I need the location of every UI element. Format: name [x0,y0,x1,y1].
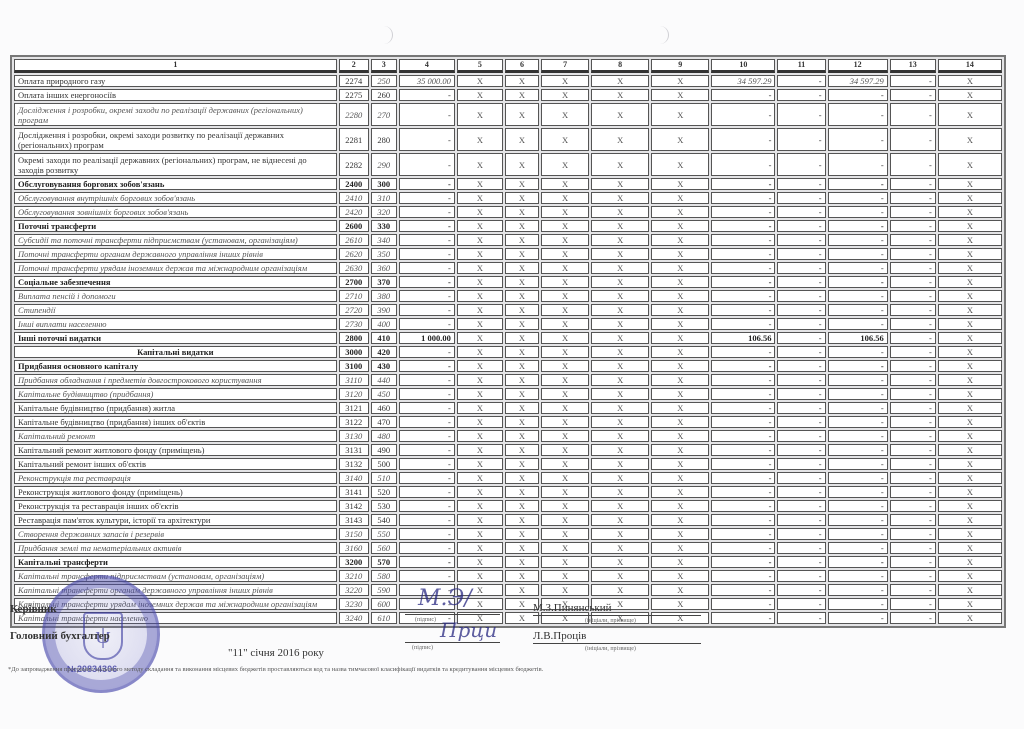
col12-value: - [828,542,888,554]
col9-x-mark: X [651,346,709,358]
col13-value: - [890,374,936,386]
col6-x-mark: X [505,486,539,498]
col13-value: - [890,103,936,126]
col12-value: - [828,89,888,101]
row-line-number: 290 [371,153,397,176]
table-row: Соціальне забезпечення2700370-XXXXX----X [14,276,1002,288]
col11-value: - [777,388,825,400]
row-name: Капітальні видатки [14,346,337,358]
table-row: Придбання обладнання і предметів довгост… [14,374,1002,386]
col6-x-mark: X [505,528,539,540]
row-line-number: 490 [371,444,397,456]
col4-value: - [399,430,455,442]
table-row: Поточні трансферти2600330-XXXXX----X [14,220,1002,232]
table-row: Оплата природного газу227425035 000.00XX… [14,75,1002,87]
row-code: 2700 [339,276,369,288]
col14-x-mark: X [938,89,1002,101]
col7-x-mark: X [541,472,589,484]
col5-x-mark: X [457,276,503,288]
col13-value: - [890,192,936,204]
col11-value: - [777,500,825,512]
col11-value: - [777,444,825,456]
table-row: Оплата інших енергоносіїв2275260-XXXXX--… [14,89,1002,101]
head-signature-line [405,614,500,615]
col8-x-mark: X [591,444,649,456]
col12-value: - [828,570,888,582]
col11-value: - [777,103,825,126]
col9-x-mark: X [651,458,709,470]
header-cell: 11 [777,59,825,73]
table-row: Придбання основного капіталу3100430-XXXX… [14,360,1002,372]
col4-value: - [399,220,455,232]
row-code: 3131 [339,444,369,456]
col4-value: - [399,388,455,400]
col5-x-mark: X [457,472,503,484]
col9-x-mark: X [651,75,709,87]
col13-value: - [890,486,936,498]
col13-value: - [890,248,936,260]
col8-x-mark: X [591,206,649,218]
col6-x-mark: X [505,402,539,414]
col6-x-mark: X [505,290,539,302]
col10-value: - [711,486,775,498]
col7-x-mark: X [541,276,589,288]
col13-value: - [890,153,936,176]
col5-x-mark: X [457,444,503,456]
col4-value: - [399,486,455,498]
col12-value: - [828,416,888,428]
col7-x-mark: X [541,153,589,176]
col10-value: - [711,388,775,400]
row-code: 3120 [339,388,369,400]
col8-x-mark: X [591,360,649,372]
col11-value: - [777,276,825,288]
col5-x-mark: X [457,206,503,218]
expenditure-report-table: 1 2 3 4 5 6 7 8 9 10 11 12 13 14 Оплата … [10,55,1006,628]
col4-value: - [399,472,455,484]
col11-value: - [777,290,825,302]
col9-x-mark: X [651,500,709,512]
col11-value: - [777,402,825,414]
col7-x-mark: X [541,318,589,330]
footnote: *До запровадження програмно-цільового ме… [8,666,543,673]
accountant-name: Л.В.Проців [533,630,586,642]
row-name: Поточні трансферти [14,220,337,232]
col9-x-mark: X [651,206,709,218]
row-line-number: 440 [371,374,397,386]
col8-x-mark: X [591,416,649,428]
col9-x-mark: X [651,318,709,330]
col13-value: - [890,584,936,596]
col10-value: - [711,528,775,540]
row-name: Капітальне будівництво (придбання) житла [14,402,337,414]
col5-x-mark: X [457,290,503,302]
head-signature-caption: (підпис) [415,617,436,623]
row-line-number: 500 [371,458,397,470]
row-code: 3141 [339,486,369,498]
col5-x-mark: X [457,528,503,540]
col9-x-mark: X [651,556,709,568]
col14-x-mark: X [938,304,1002,316]
row-name: Реконструкція та реставрація інших об'єк… [14,500,337,512]
col5-x-mark: X [457,486,503,498]
col12-value: - [828,290,888,302]
col12-value: - [828,402,888,414]
col14-x-mark: X [938,528,1002,540]
col4-value: - [399,542,455,554]
row-code: 3000 [339,346,369,358]
col5-x-mark: X [457,402,503,414]
col12-value: 34 597.29 [828,75,888,87]
col11-value: - [777,486,825,498]
punch-hole-mark [382,26,393,44]
row-code: 3100 [339,360,369,372]
col7-x-mark: X [541,178,589,190]
col6-x-mark: X [505,584,539,596]
col9-x-mark: X [651,248,709,260]
table-row: Придбання землі та нематеріальних активі… [14,542,1002,554]
head-name-caption: (ініціали, прізвище) [585,618,636,624]
table-row: Інші виплати населенню2730400-XXXXX----X [14,318,1002,330]
col11-value: - [777,248,825,260]
col8-x-mark: X [591,500,649,512]
col9-x-mark: X [651,444,709,456]
col10-value: 34 597.29 [711,75,775,87]
table-row: Капітальний ремонт інших об'єктів3132500… [14,458,1002,470]
col10-value: - [711,374,775,386]
table-row: Створення державних запасів і резервів31… [14,528,1002,540]
row-code: 3150 [339,528,369,540]
col5-x-mark: X [457,514,503,526]
row-code: 2720 [339,304,369,316]
row-line-number: 380 [371,290,397,302]
row-line-number: 430 [371,360,397,372]
col6-x-mark: X [505,542,539,554]
col9-x-mark: X [651,192,709,204]
col6-x-mark: X [505,318,539,330]
col8-x-mark: X [591,528,649,540]
col13-value: - [890,556,936,568]
accountant-label: Головний бухгалтер [10,630,110,642]
col4-value: - [399,178,455,190]
col14-x-mark: X [938,276,1002,288]
col6-x-mark: X [505,458,539,470]
col8-x-mark: X [591,346,649,358]
row-name: Обслуговування зовнішніх боргових зобов'… [14,206,337,218]
row-line-number: 460 [371,402,397,414]
col11-value: - [777,178,825,190]
col10-value: - [711,103,775,126]
col6-x-mark: X [505,276,539,288]
col11-value: - [777,346,825,358]
col14-x-mark: X [938,248,1002,260]
col8-x-mark: X [591,430,649,442]
col8-x-mark: X [591,248,649,260]
col10-value: - [711,472,775,484]
col12-value: - [828,103,888,126]
col10-value: - [711,346,775,358]
col6-x-mark: X [505,556,539,568]
col6-x-mark: X [505,75,539,87]
col14-x-mark: X [938,178,1002,190]
row-name: Створення державних запасів і резервів [14,528,337,540]
col13-value: - [890,472,936,484]
col7-x-mark: X [541,570,589,582]
col4-value: - [399,128,455,151]
col5-x-mark: X [457,248,503,260]
col12-value: - [828,248,888,260]
table-row: Капітальне будівництво (придбання) інших… [14,416,1002,428]
row-name: Субсидії та поточні трансферти підприємс… [14,234,337,246]
col10-value: - [711,360,775,372]
col11-value: - [777,192,825,204]
row-name: Капітальні трансферти підприємствам (уст… [14,570,337,582]
col13-value: - [890,128,936,151]
col13-value: - [890,570,936,582]
col11-value: - [777,234,825,246]
row-line-number: 580 [371,570,397,582]
col8-x-mark: X [591,514,649,526]
col13-value: - [890,304,936,316]
table-row: Реконструкція та реставрація3140510-XXXX… [14,472,1002,484]
col13-value: - [890,458,936,470]
header-cell: 1 [14,59,337,73]
table-row: Капітальні трансферти3200570-XXXXX----X [14,556,1002,568]
col10-value: - [711,276,775,288]
col14-x-mark: X [938,388,1002,400]
col8-x-mark: X [591,234,649,246]
col7-x-mark: X [541,346,589,358]
col14-x-mark: X [938,332,1002,344]
col9-x-mark: X [651,528,709,540]
row-line-number: 550 [371,528,397,540]
col6-x-mark: X [505,192,539,204]
table-row: Реконструкція житлового фонду (приміщень… [14,486,1002,498]
col12-value: - [828,472,888,484]
row-code: 3210 [339,570,369,582]
col7-x-mark: X [541,444,589,456]
col12-value: - [828,346,888,358]
row-line-number: 330 [371,220,397,232]
header-cell: 4 [399,59,455,73]
col7-x-mark: X [541,360,589,372]
accountant-signature-scribble: Прци [440,618,497,642]
col11-value: - [777,153,825,176]
col12-value: - [828,388,888,400]
row-line-number: 420 [371,346,397,358]
table-row: Капітальний ремонт житлового фонду (прим… [14,444,1002,456]
col11-value: - [777,472,825,484]
col13-value: - [890,360,936,372]
col4-value: - [399,374,455,386]
row-name: Капітальний ремонт житлового фонду (прим… [14,444,337,456]
col9-x-mark: X [651,290,709,302]
col7-x-mark: X [541,103,589,126]
row-code: 2610 [339,234,369,246]
col14-x-mark: X [938,360,1002,372]
col12-value: - [828,584,888,596]
col4-value: - [399,570,455,582]
col13-value: - [890,402,936,414]
col4-value: - [399,262,455,274]
row-name: Реконструкція житлового фонду (приміщень… [14,486,337,498]
col6-x-mark: X [505,178,539,190]
accountant-name-caption: (ініціали, прізвище) [585,646,636,652]
col6-x-mark: X [505,360,539,372]
row-name: Оплата інших енергоносіїв [14,89,337,101]
table-row: Субсидії та поточні трансферти підприємс… [14,234,1002,246]
col9-x-mark: X [651,486,709,498]
col4-value: - [399,346,455,358]
col11-value: - [777,318,825,330]
col10-value: - [711,584,775,596]
col7-x-mark: X [541,290,589,302]
col6-x-mark: X [505,206,539,218]
header-cell: 14 [938,59,1002,73]
col7-x-mark: X [541,514,589,526]
col7-x-mark: X [541,388,589,400]
row-line-number: 540 [371,514,397,526]
col10-value: - [711,128,775,151]
row-name: Стипендії [14,304,337,316]
header-cell: 13 [890,59,936,73]
row-name: Придбання обладнання і предметів довгост… [14,374,337,386]
header-cell: 8 [591,59,649,73]
row-name: Реставрація пам'яток культури, історії т… [14,514,337,526]
col4-value: - [399,402,455,414]
row-line-number: 390 [371,304,397,316]
col10-value: - [711,192,775,204]
row-code: 3160 [339,542,369,554]
col14-x-mark: X [938,374,1002,386]
col7-x-mark: X [541,500,589,512]
col6-x-mark: X [505,416,539,428]
row-line-number: 370 [371,276,397,288]
col8-x-mark: X [591,304,649,316]
row-code: 2600 [339,220,369,232]
header-cell: 7 [541,59,589,73]
col10-value: - [711,304,775,316]
col7-x-mark: X [541,430,589,442]
col10-value: - [711,416,775,428]
col7-x-mark: X [541,248,589,260]
col5-x-mark: X [457,220,503,232]
row-name: Капітальне будівництво (придбання) [14,388,337,400]
col10-value: - [711,153,775,176]
row-line-number: 280 [371,128,397,151]
col7-x-mark: X [541,262,589,274]
row-code: 3110 [339,374,369,386]
col13-value: - [890,542,936,554]
row-line-number: 590 [371,584,397,596]
col11-value: - [777,206,825,218]
table-row: Дослідження і розробки, окремі заходи ро… [14,128,1002,151]
row-name: Придбання основного капіталу [14,360,337,372]
col5-x-mark: X [457,318,503,330]
table-row: Капітальне будівництво (придбання) житла… [14,402,1002,414]
col11-value: - [777,528,825,540]
col4-value: - [399,290,455,302]
col4-value: 1 000.00 [399,332,455,344]
col10-value: - [711,89,775,101]
col4-value: - [399,192,455,204]
col11-value: - [777,556,825,568]
row-code: 3220 [339,584,369,596]
row-name: Обслуговування внутрішніх боргових зобов… [14,192,337,204]
col14-x-mark: X [938,346,1002,358]
col9-x-mark: X [651,153,709,176]
col14-x-mark: X [938,234,1002,246]
row-code: 3142 [339,500,369,512]
col11-value: - [777,514,825,526]
row-line-number: 300 [371,178,397,190]
col9-x-mark: X [651,416,709,428]
col5-x-mark: X [457,430,503,442]
col6-x-mark: X [505,153,539,176]
table-row: Капітальний ремонт3130480-XXXXX----X [14,430,1002,442]
row-code: 2420 [339,206,369,218]
col4-value: - [399,153,455,176]
row-line-number: 520 [371,486,397,498]
col6-x-mark: X [505,514,539,526]
col12-value: - [828,486,888,498]
row-code: 2280 [339,103,369,126]
col5-x-mark: X [457,458,503,470]
row-line-number: 360 [371,262,397,274]
table-row: Обслуговування внутрішніх боргових зобов… [14,192,1002,204]
col6-x-mark: X [505,332,539,344]
row-code: 3130 [339,430,369,442]
col13-value: - [890,514,936,526]
col11-value: - [777,458,825,470]
row-code: 2730 [339,318,369,330]
col6-x-mark: X [505,444,539,456]
col14-x-mark: X [938,262,1002,274]
col10-value: - [711,290,775,302]
row-line-number: 260 [371,89,397,101]
row-code: 3132 [339,458,369,470]
header-cell: 6 [505,59,539,73]
col12-value: - [828,128,888,151]
col12-value: - [828,304,888,316]
row-name: Поточні трансферти органам державного уп… [14,248,337,260]
col12-value: - [828,360,888,372]
col4-value: - [399,103,455,126]
col9-x-mark: X [651,304,709,316]
row-name: Капітальні трансферти [14,556,337,568]
col10-value: - [711,542,775,554]
col5-x-mark: X [457,234,503,246]
table-row: Капітальне будівництво (придбання)312045… [14,388,1002,400]
header-cell: 5 [457,59,503,73]
col6-x-mark: X [505,388,539,400]
col14-x-mark: X [938,318,1002,330]
col14-x-mark: X [938,542,1002,554]
col11-value: - [777,262,825,274]
col13-value: - [890,388,936,400]
column-number-header: 1 2 3 4 5 6 7 8 9 10 11 12 13 14 [14,59,1002,73]
col14-x-mark: X [938,192,1002,204]
col6-x-mark: X [505,262,539,274]
col9-x-mark: X [651,472,709,484]
head-name-line [533,615,701,616]
row-name: Дослідження і розробки, окремі заходи ро… [14,128,337,151]
row-name: Інші виплати населенню [14,318,337,330]
row-code: 2274 [339,75,369,87]
col5-x-mark: X [457,542,503,554]
col4-value: - [399,416,455,428]
col14-x-mark: X [938,486,1002,498]
